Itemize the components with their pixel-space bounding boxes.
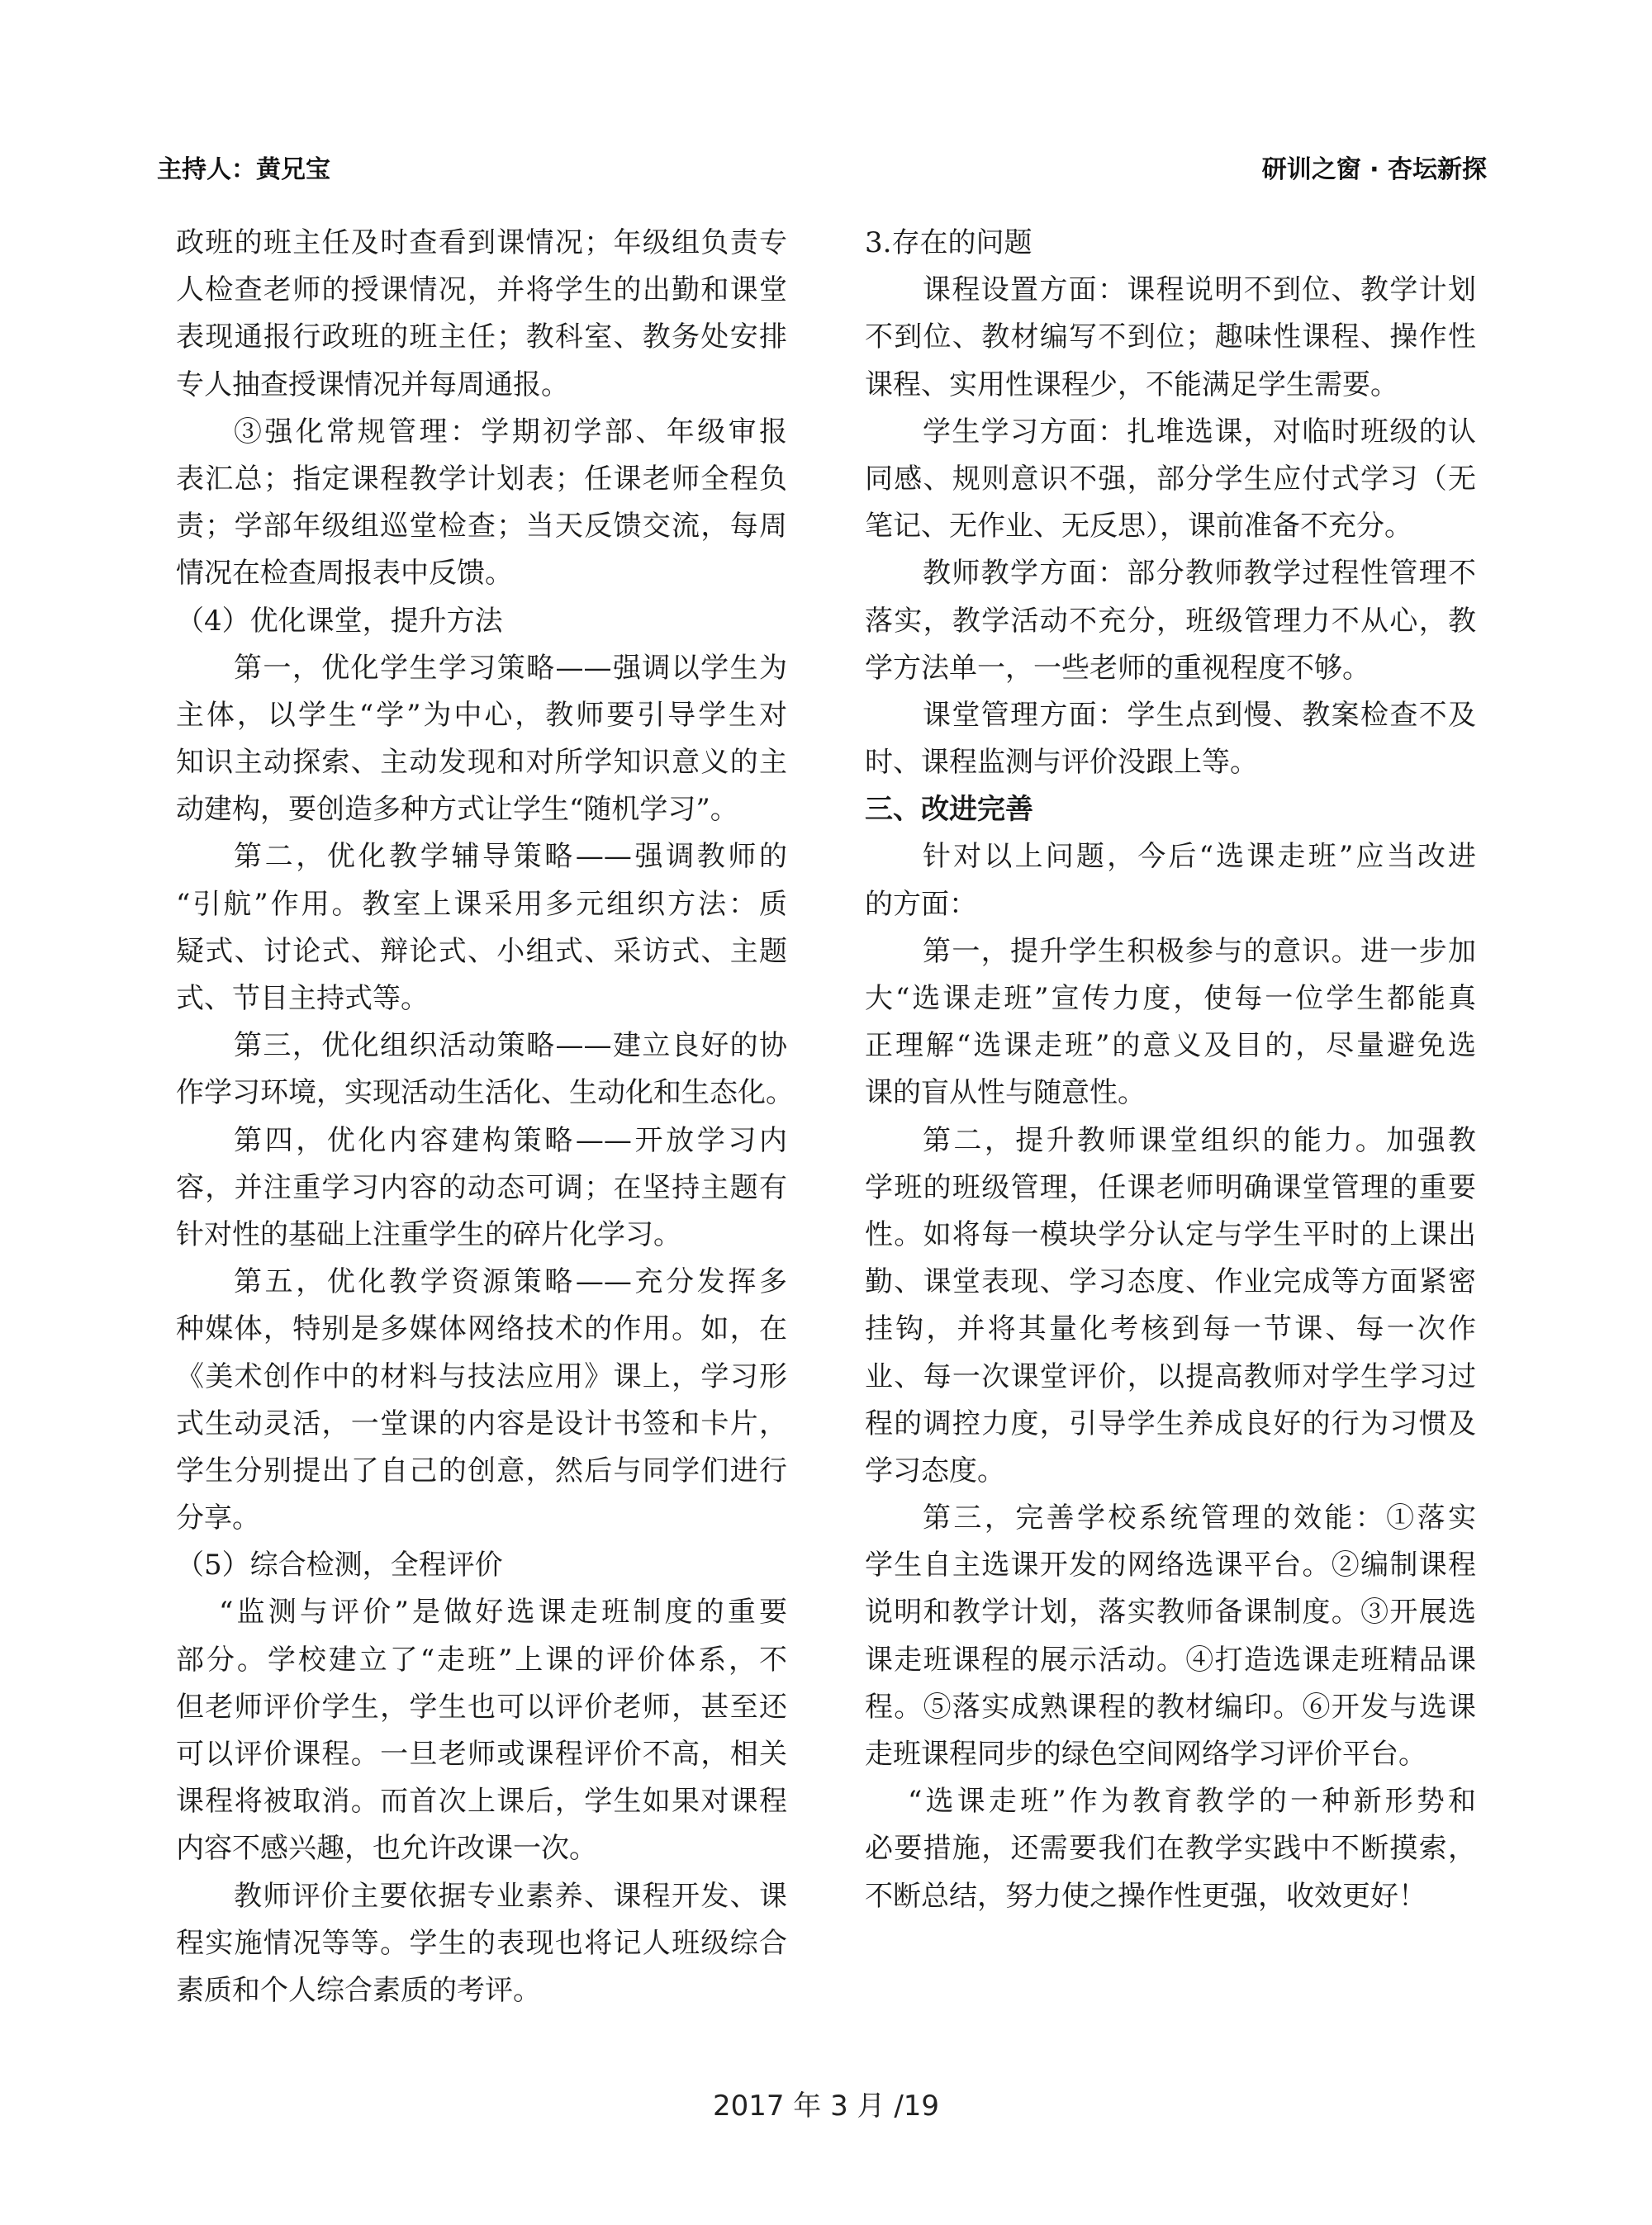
subsection-heading: 3.存在的问题 [865, 220, 1476, 267]
left-column: 政班的班主任及时查看到课情况；年级组负责专人检查老师的授课情况，并将学生的出勤和… [176, 220, 787, 2014]
text-line: 业、每一次课堂评价，以提高教师对学生学习过 [865, 1354, 1476, 1401]
text-line: 人检查老师的授课情况，并将学生的出勤和课堂 [176, 267, 787, 314]
text-line: 落实，教学活动不充分，班级管理力不从心，教 [865, 598, 1476, 645]
text-line: 时、课程监测与评价没跟上等。 [865, 739, 1476, 786]
text-line: 不到位、教材编写不到位；趣味性课程、操作性 [865, 314, 1476, 361]
header-host: 主持人：黄兄宝 [157, 149, 330, 185]
text-line: 部分。学校建立了“走班”上课的评价体系，不 [176, 1637, 787, 1684]
text-line: 程的调控力度，引导学生养成良好的行为习惯及 [865, 1401, 1476, 1448]
text-line: 政班的班主任及时查看到课情况；年级组负责专 [176, 220, 787, 267]
text-line: 分享。 [176, 1495, 787, 1542]
text-line: 但老师评价学生，学生也可以评价老师，甚至还 [176, 1684, 787, 1731]
text-line: 的方面： [865, 881, 1476, 928]
right-column: 3.存在的问题课程设置方面：课程说明不到位、教学计划不到位、教材编写不到位；趣味… [865, 220, 1476, 1920]
text-line: 学习态度。 [865, 1448, 1476, 1495]
text-line: 学生学习方面：扎堆选课，对临时班级的认 [865, 409, 1476, 456]
text-line: 程实施情况等等。学生的表现也将记人班级综合 [176, 1920, 787, 1967]
text-line: 第三，完善学校系统管理的效能：①落实 [865, 1495, 1476, 1542]
text-line: 素质和个人综合素质的考评。 [176, 1967, 787, 2014]
header-column-title: 研训之窗 · 杏坛新探 [1262, 149, 1487, 185]
text-line: 知识主动探索、主动发现和对所学知识意义的主 [176, 739, 787, 786]
text-line: 《美术创作中的材料与技法应用》课上，学习形 [176, 1354, 787, 1401]
text-line: 第二，提升教师课堂组织的能力。加强教 [865, 1117, 1476, 1165]
text-line: 课程设置方面：课程说明不到位、教学计划 [865, 267, 1476, 314]
text-line: 种媒体，特别是多媒体网络技术的作用。如，在 [176, 1306, 787, 1353]
text-line: 式生动灵活，一堂课的内容是设计书签和卡片， [176, 1401, 787, 1448]
text-line: 式、节目主持式等。 [176, 975, 787, 1022]
text-line: ③强化常规管理：学期初学部、年级审报 [176, 409, 787, 456]
text-line: 第二，优化教学辅导策略——强调教师的 [176, 833, 787, 880]
text-line: 同感、规则意识不强，部分学生应付式学习（无 [865, 456, 1476, 503]
text-line: 情况在检查周报表中反馈。 [176, 550, 787, 597]
text-line: 挂钩，并将其量化考核到每一节课、每一次作 [865, 1306, 1476, 1353]
text-line: 教师教学方面：部分教师教学过程性管理不 [865, 550, 1476, 597]
text-line: 第五，优化教学资源策略——充分发挥多 [176, 1259, 787, 1306]
section-heading: 三、改进完善 [865, 786, 1476, 833]
text-line: 学班的班级管理，任课老师明确课堂管理的重要 [865, 1165, 1476, 1212]
text-line: 课走班课程的展示活动。④打造选课走班精品课 [865, 1637, 1476, 1684]
text-line: 动建构，要创造多种方式让学生“随机学习”。 [176, 786, 787, 833]
text-line: 责；学部年级组巡堂检查；当天反馈交流，每周 [176, 503, 787, 550]
text-line: 走班课程同步的绿色空间网络学习评价平台。 [865, 1731, 1476, 1778]
text-line: “监测与评价”是做好选课走班制度的重要 [176, 1589, 787, 1636]
text-line: 课堂管理方面：学生点到慢、教案检查不及 [865, 692, 1476, 739]
text-line: 表汇总；指定课程教学计划表；任课老师全程负 [176, 456, 787, 503]
text-line: “选课走班”作为教育教学的一种新形势和 [865, 1778, 1476, 1825]
text-line: 笔记、无作业、无反思），课前准备不充分。 [865, 503, 1476, 550]
text-line: 大“选课走班”宣传力度，使每一位学生都能真 [865, 975, 1476, 1022]
text-line: 容，并注重学习内容的动态可调；在坚持主题有 [176, 1165, 787, 1212]
text-line: 正理解“选课走班”的意义及目的，尽量避免选 [865, 1022, 1476, 1070]
text-line: 性。如将每一模块学分认定与学生平时的上课出 [865, 1212, 1476, 1259]
text-line: 教师评价主要依据专业素养、课程开发、课 [176, 1873, 787, 1920]
subsection-heading: （4）优化课堂，提升方法 [176, 598, 787, 645]
text-line: 内容不感兴趣，也允许改课一次。 [176, 1825, 787, 1872]
page-footer: 2017 年 3 月 /19 [0, 2083, 1652, 2123]
text-line: 不断总结，努力使之操作性更强，收效更好！ [865, 1873, 1476, 1920]
text-line: 程。⑤落实成熟课程的教材编印。⑥开发与选课 [865, 1684, 1476, 1731]
subsection-heading: （5）综合检测，全程评价 [176, 1542, 787, 1589]
text-line: 主体，以学生“学”为中心，教师要引导学生对 [176, 692, 787, 739]
text-line: 第四，优化内容建构策略——开放学习内 [176, 1117, 787, 1165]
text-line: 课的盲从性与随意性。 [865, 1070, 1476, 1117]
text-line: 学生自主选课开发的网络选课平台。②编制课程 [865, 1542, 1476, 1589]
text-line: 可以评价课程。一旦老师或课程评价不高，相关 [176, 1731, 787, 1778]
text-line: 针对性的基础上注重学生的碎片化学习。 [176, 1212, 787, 1259]
text-line: 学生分别提出了自己的创意，然后与同学们进行 [176, 1448, 787, 1495]
text-line: 课程将被取消。而首次上课后，学生如果对课程 [176, 1778, 787, 1825]
text-line: 第一，提升学生积极参与的意识。进一步加 [865, 928, 1476, 975]
text-line: 表现通报行政班的班主任；教科室、教务处安排 [176, 314, 787, 361]
text-line: 专人抽查授课情况并每周通报。 [176, 362, 787, 409]
text-line: 说明和教学计划，落实教师备课制度。③开展选 [865, 1589, 1476, 1636]
text-line: 学方法单一，一些老师的重视程度不够。 [865, 645, 1476, 692]
text-line: 课程、实用性课程少，不能满足学生需要。 [865, 362, 1476, 409]
text-line: 必要措施，还需要我们在教学实践中不断摸索， [865, 1825, 1476, 1872]
text-line: 勤、课堂表现、学习态度、作业完成等方面紧密 [865, 1259, 1476, 1306]
text-line: 作学习环境，实现活动生活化、生动化和生态化。 [176, 1070, 787, 1117]
text-line: 第三，优化组织活动策略——建立良好的协 [176, 1022, 787, 1070]
text-line: 针对以上问题，今后“选课走班”应当改进 [865, 833, 1476, 880]
text-line: 第一，优化学生学习策略——强调以学生为 [176, 645, 787, 692]
text-line: 疑式、讨论式、辩论式、小组式、采访式、主题 [176, 928, 787, 975]
text-line: “引航”作用。教室上课采用多元组织方法：质 [176, 881, 787, 928]
